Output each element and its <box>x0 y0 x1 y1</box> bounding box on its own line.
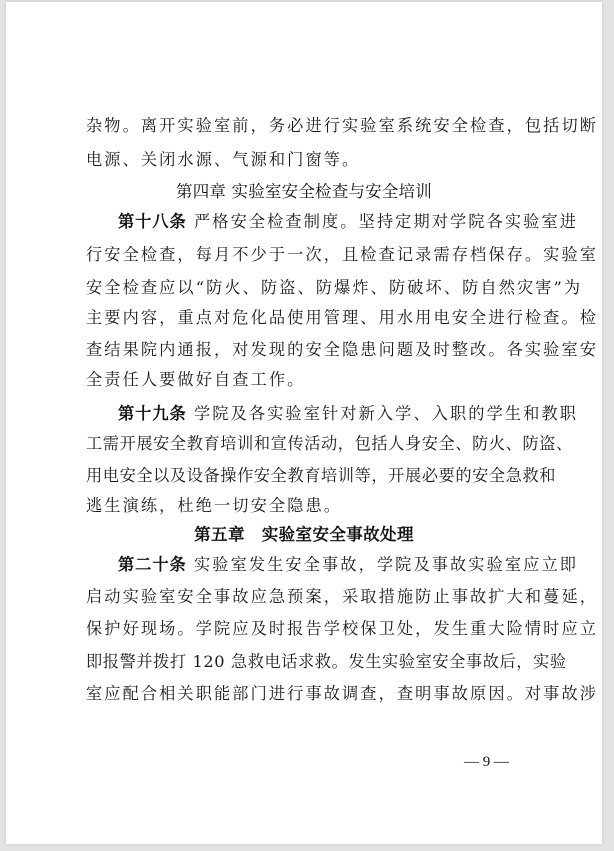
paragraph-line: 杂物。离开实验室前，务必进行实验室系统安全检查，包括切断 <box>86 116 526 136</box>
article-19-first-line: 第十九条 学院及各实验室针对新入学、入职的学生和教职 <box>118 404 526 424</box>
paragraph-line: 主要内容，重点对危化品使用管理、用水用电安全进行检查。检 <box>86 308 526 328</box>
paragraph-line: 逃生演练，杜绝一切安全隐患。 <box>86 496 526 516</box>
article-20-first-line: 第二十条 实验室发生安全事故，学院及事故实验室应立即 <box>118 555 526 575</box>
paragraph-line: 工需开展安全教育培训和宣传活动，包括人身安全、防火、防盗、 <box>86 434 526 454</box>
paragraph-line: 即报警并拨打 120 急救电话求救。发生实验室安全事故后，实验 <box>86 652 526 672</box>
paragraph-line: 用电安全以及设备操作安全教育培训等，开展必要的安全急救和 <box>86 466 526 486</box>
paragraph-line: 电源、关闭水源、气源和门窗等。 <box>86 150 526 170</box>
article-18-first-line: 第十八条 严格安全检查制度。坚持定期对学院各实验室进 <box>118 212 526 232</box>
paragraph-line: 保护好现场。学院应及时报告学校保卫处，发生重大险情时应立 <box>86 619 526 639</box>
paragraph-line: 安全检查应以“防火、防盗、防爆炸、防破坏、防自然灾害”为 <box>86 278 526 298</box>
document-page: 杂物。离开实验室前，务必进行实验室系统安全检查，包括切断 电源、关闭水源、气源和… <box>6 2 602 844</box>
article-20-label: 第二十条 <box>118 555 187 574</box>
article-20-text: 实验室发生安全事故，学院及事故实验室应立即 <box>187 555 578 574</box>
paragraph-line: 查结果院内通报，对发现的安全隐患问题及时整改。各实验室安 <box>86 340 526 360</box>
chapter-5-heading: 第五章 实验室安全事故处理 <box>6 525 602 545</box>
article-19-text: 学院及各实验室针对新入学、入职的学生和教职 <box>187 404 578 423</box>
paragraph-line: 全责任人要做好自查工作。 <box>86 370 526 390</box>
paragraph-line: 启动实验室安全事故应急预案，采取措施防止事故扩大和蔓延， <box>86 587 526 607</box>
paragraph-line: 室应配合相关职能部门进行事故调查，查明事故原因。对事故涉 <box>86 684 526 704</box>
article-19-label: 第十九条 <box>118 404 187 423</box>
article-18-text: 严格安全检查制度。坚持定期对学院各实验室进 <box>187 212 578 231</box>
page-number: — 9 — <box>464 754 509 771</box>
paragraph-line: 行安全检查，每月不少于一次，且检查记录需存档保存。实验室 <box>86 245 526 265</box>
article-18-label: 第十八条 <box>118 212 187 231</box>
chapter-4-heading: 第四章 实验室安全检查与安全培训 <box>6 182 602 202</box>
